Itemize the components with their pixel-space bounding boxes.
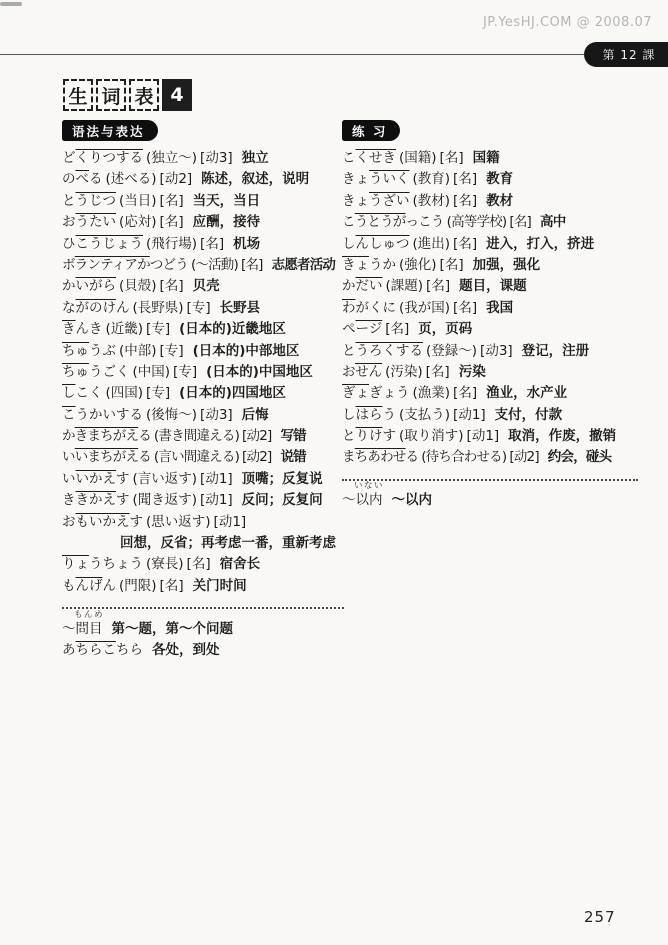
kana-reading: わがくに	[342, 300, 396, 316]
meaning: 题目，课题	[459, 278, 527, 294]
tilde-prefix: ～	[62, 621, 76, 637]
title-box: 生	[63, 79, 93, 111]
meaning-continuation: 回想，反省；再考虑一番，重新考虑	[62, 533, 350, 554]
meaning: (日本的)中部地区	[193, 343, 300, 359]
kanji-form: (聞き返す)	[133, 492, 198, 508]
vocab-entry: ～いない以内～以内	[342, 490, 644, 511]
kanji-form: (我が国)	[399, 300, 450, 316]
vocab-entry: ながのけん(長野県)[专]长野县	[62, 298, 350, 319]
kana-reading: かきまちがえる	[62, 428, 151, 444]
page-title: 生词表4	[63, 79, 192, 111]
vocab-entry: こうとうがっこう(高等学校)[名]高中	[342, 212, 644, 233]
base-kanji: 以内	[356, 492, 383, 508]
vocab-entry: もんげん(門限)[名]关门时间	[62, 576, 350, 597]
dotted-divider	[62, 597, 350, 618]
kanji-form: (貝殻)	[119, 278, 157, 294]
kana-reading: しんしゅつ	[342, 236, 410, 252]
kanji-form: (書き間違える)	[154, 428, 239, 444]
meaning: 宿舍长	[220, 556, 261, 572]
title-box: 表	[129, 79, 159, 111]
kana-reading: きょうか	[342, 257, 396, 273]
meaning: (日本的)中国地区	[206, 364, 313, 380]
kana-reading: きょうざい	[342, 193, 410, 209]
pos-tag: [专]	[173, 364, 197, 380]
vocab-entry: こくせき(国籍)[名]国籍	[342, 148, 644, 169]
meaning: 长野县	[220, 300, 261, 316]
vocab-entry: りょうちょう(寮長)[名]宿舍长	[62, 554, 350, 575]
kana-reading: いいかえす	[62, 471, 130, 487]
kana-reading: ちゅうぶ	[62, 343, 116, 359]
vocab-entry: ボランティアかつどう(～活動)[名]志愿者活动	[62, 255, 350, 276]
meaning: 当天，当日	[193, 193, 261, 209]
meaning: 志愿者活动	[272, 257, 336, 273]
vocab-entry: しこく(四国)[专](日本的)四国地区	[62, 383, 350, 404]
dotted-divider	[342, 469, 644, 490]
dotted-line	[62, 607, 344, 609]
pos-tag: [动2]	[160, 171, 193, 187]
vocab-entry: どくりつする(独立～)[动3]独立	[62, 148, 350, 169]
meaning: 关门时间	[193, 578, 247, 594]
pos-tag: [名]	[241, 257, 263, 273]
furigana: もんめ	[74, 611, 104, 619]
kana-reading: まちあわせる	[342, 449, 418, 465]
vocab-entry: こうかいする(後悔～)[动3]后悔	[62, 405, 350, 426]
pos-tag: [动2]	[509, 449, 538, 465]
pos-tag: [名]	[426, 364, 450, 380]
pos-tag: [动3]	[200, 407, 233, 423]
kana-reading: ながのけん	[62, 300, 130, 316]
kanji-form: (支払う)	[399, 407, 450, 423]
vocab-entry: ページ[名]页，页码	[342, 319, 644, 340]
pos-tag: [名]	[187, 556, 211, 572]
kanji-form: (強化)	[399, 257, 437, 273]
kanji-form: (進出)	[413, 236, 451, 252]
vocab-entry: ちゅうごく(中国)[专](日本的)中国地区	[62, 362, 350, 383]
pos-tag: [名]	[453, 193, 477, 209]
meaning: 高中	[540, 214, 565, 230]
kana-reading: のべる	[62, 171, 103, 187]
kana-reading: どくりつする	[62, 150, 143, 166]
pos-tag: [名]	[160, 578, 184, 594]
kana-reading: こうかいする	[62, 407, 143, 423]
pos-tag: [名]	[160, 278, 184, 294]
base-kanji: 問目	[76, 621, 103, 637]
section-header-grammar: 语法与表达	[62, 120, 158, 141]
vocab-entry: ぎょぎょう(漁業)[名]渔业，水产业	[342, 383, 644, 404]
vocab-entry: とうじつ(当日)[名]当天，当日	[62, 191, 350, 212]
kana-reading: ぎょぎょう	[342, 385, 410, 401]
kana-reading: ちゅうごく	[62, 364, 130, 380]
meaning: 说错	[280, 449, 305, 465]
vocab-entry: いいまちがえる(言い間違える)[动2]说错	[62, 447, 350, 468]
kanji-form: (待ち合わせる)	[421, 449, 506, 465]
meaning: 进入，打入，挤进	[486, 236, 594, 252]
kana-reading: おうたい	[62, 214, 116, 230]
kanji-form: (独立～)	[146, 150, 197, 166]
kana-reading: きょういく	[342, 171, 410, 187]
pos-tag: [名]	[453, 171, 477, 187]
vocab-entry: おせん(汚染)[名]污染	[342, 362, 644, 383]
kanji-form: (言い返す)	[133, 471, 198, 487]
kanji-form: (汚染)	[385, 364, 423, 380]
vocab-entry: しはらう(支払う)[动1]支付，付款	[342, 405, 644, 426]
meaning: 页，页码	[418, 321, 472, 337]
pos-tag: [名]	[453, 385, 477, 401]
kanji-form: (漁業)	[413, 385, 451, 401]
kanji-form: (教育)	[413, 171, 451, 187]
pos-tag: [名]	[200, 236, 224, 252]
kana-reading: おもいかえす	[62, 514, 143, 530]
page-number: 257	[584, 908, 616, 926]
kana-reading: とうじつ	[62, 193, 116, 209]
kana-reading: ひこうじょう	[62, 236, 143, 252]
vocab-entry: まちあわせる(待ち合わせる)[动2]约会，碰头	[342, 447, 644, 468]
meaning: 各处，到处	[152, 642, 220, 658]
meaning: 取消，作废，撤销	[508, 428, 616, 444]
meaning: 贝壳	[193, 278, 220, 294]
meaning: 约会，碰头	[548, 449, 612, 465]
meaning: (日本的)近畿地区	[179, 321, 286, 337]
pos-tag: [动1]	[200, 471, 233, 487]
pos-tag: [动1]	[453, 407, 486, 423]
kana-reading: きんき	[62, 321, 103, 337]
kanji-form: (課題)	[386, 278, 424, 294]
meaning: 教材	[486, 193, 513, 209]
vocab-entry: きょうざい(教材)[名]教材	[342, 191, 644, 212]
pos-tag: [名]	[509, 214, 531, 230]
vocab-entry: おもいかえす(思い返す)[动1]	[62, 512, 350, 533]
tilde-prefix: ～	[342, 492, 356, 508]
kana-reading: ききかえす	[62, 492, 130, 508]
kana-reading: りょうちょう	[62, 556, 143, 572]
meaning: 国籍	[473, 150, 500, 166]
vocab-column-left: どくりつする(独立～)[动3]独立のべる(述べる)[动2]陈述，叙述，说明とうじ…	[62, 148, 350, 661]
kana-reading: かだい	[342, 278, 383, 294]
vocab-entry: とりけす(取り消す)[动1]取消，作废，撤销	[342, 426, 644, 447]
kanji-form: (登録～)	[426, 343, 477, 359]
kana-reading: しはらう	[342, 407, 396, 423]
kanji-form: (長野県)	[133, 300, 184, 316]
meaning: 回想，反省；再考虑一番，重新考虑	[120, 535, 336, 551]
kana-reading: いいまちがえる	[62, 449, 151, 465]
meaning: 渔业，水产业	[486, 385, 567, 401]
pos-tag: [名]	[440, 150, 464, 166]
vocab-entry: とうろくする(登録～)[动3]登记，注册	[342, 341, 644, 362]
pos-tag: [专]	[146, 385, 170, 401]
kanji-form: (飛行場)	[146, 236, 197, 252]
meaning: 顶嘴；反复说	[242, 471, 323, 487]
vocab-entry: かきまちがえる(書き間違える)[动2]写错	[62, 426, 350, 447]
meaning: 我国	[486, 300, 513, 316]
meaning: 污染	[459, 364, 486, 380]
meaning: 后悔	[242, 407, 269, 423]
vocab-entry: かだい(課題)[名]题目，课题	[342, 276, 644, 297]
kana-reading: こくせき	[342, 150, 396, 166]
pos-tag: [名]	[385, 321, 409, 337]
kanji-form: (近畿)	[106, 321, 144, 337]
furigana: いない	[354, 482, 384, 490]
kana-reading: もんげん	[62, 578, 116, 594]
pos-tag: [名]	[453, 236, 477, 252]
kanji-form: (応対)	[119, 214, 157, 230]
pos-tag: [专]	[146, 321, 170, 337]
pos-tag: [专]	[187, 300, 211, 316]
meaning: 应酬，接待	[193, 214, 261, 230]
ruby-base: いない以内	[356, 490, 383, 511]
vocab-entry: きんき(近畿)[专](日本的)近畿地区	[62, 319, 350, 340]
vocab-entry: ききかえす(聞き返す)[动1]反问；反复问	[62, 490, 350, 511]
pos-tag: [名]	[453, 300, 477, 316]
meaning: ～以内	[392, 492, 433, 508]
kanji-form: (後悔～)	[146, 407, 197, 423]
vocab-entry: のべる(述べる)[动2]陈述，叙述，说明	[62, 169, 350, 190]
pos-tag: [动2]	[242, 428, 271, 444]
vocab-entry: しんしゅつ(進出)[名]进入，打入，挤进	[342, 234, 644, 255]
meaning: 独立	[242, 150, 269, 166]
vocab-entry: あちらこちら各处，到处	[62, 640, 350, 661]
pos-tag: [名]	[160, 193, 184, 209]
kanji-form: (高等学校)	[447, 214, 507, 230]
pos-tag: [专]	[160, 343, 184, 359]
kanji-form: (思い返す)	[146, 514, 211, 530]
kana-reading: とうろくする	[342, 343, 423, 359]
scan-artifact	[0, 2, 22, 6]
dotted-line	[342, 479, 638, 481]
meaning: 登记，注册	[522, 343, 590, 359]
kanji-form: (四国)	[106, 385, 144, 401]
pos-tag: [动2]	[242, 449, 271, 465]
meaning: 反问；反复问	[242, 492, 323, 508]
vocab-entry: いいかえす(言い返す)[动1]顶嘴；反复说	[62, 469, 350, 490]
kana-reading: こうとうがっこう	[342, 214, 444, 230]
vocab-entry: おうたい(応対)[名]应酬，接待	[62, 212, 350, 233]
lesson-tab: 第 12 課	[584, 42, 668, 67]
pos-tag: [名]	[426, 278, 450, 294]
meaning: (日本的)四国地区	[179, 385, 286, 401]
kana-reading: かいがら	[62, 278, 116, 294]
kanji-form: (寮長)	[146, 556, 184, 572]
meaning: 教育	[486, 171, 513, 187]
pos-tag: [动3]	[480, 343, 513, 359]
meaning: 支付，付款	[495, 407, 563, 423]
vocab-entry: きょうか(強化)[名]加强，强化	[342, 255, 644, 276]
pos-tag: [名]	[160, 214, 184, 230]
watermark-text: JP.YesHJ.COM @ 2008.07	[483, 15, 652, 30]
header-rule	[0, 54, 604, 55]
vocab-entry: かいがら(貝殻)[名]贝壳	[62, 276, 350, 297]
kanji-form: (～活動)	[191, 257, 238, 273]
ruby-base: もんめ問目	[76, 619, 103, 640]
pos-tag: [动1]	[200, 492, 233, 508]
vocab-entry: ひこうじょう(飛行場)[名]机场	[62, 234, 350, 255]
kanji-form: (中部)	[119, 343, 157, 359]
pos-tag: [名]	[440, 257, 464, 273]
vocab-entry: わがくに(我が国)[名]我国	[342, 298, 644, 319]
kana-reading: ページ	[342, 321, 382, 337]
kana-reading: ボランティアかつどう	[62, 257, 188, 273]
meaning: 第～题，第～个问题	[112, 621, 234, 637]
kana-reading: とりけす	[342, 428, 396, 444]
kana-reading: あちらこちら	[62, 642, 143, 658]
kana-reading: しこく	[62, 385, 103, 401]
kanji-form: (当日)	[119, 193, 157, 209]
vocab-column-right: こくせき(国籍)[名]国籍きょういく(教育)[名]教育きょうざい(教材)[名]教…	[342, 148, 644, 512]
kanji-form: (門限)	[119, 578, 157, 594]
kanji-form: (述べる)	[106, 171, 157, 187]
pos-tag: [动1]	[214, 514, 247, 530]
kanji-form: (取り消す)	[399, 428, 464, 444]
kana-reading: おせん	[342, 364, 382, 380]
title-box: 词	[96, 79, 126, 111]
section-header-practice: 练 习	[342, 120, 400, 141]
vocab-entry: きょういく(教育)[名]教育	[342, 169, 644, 190]
meaning: 机场	[233, 236, 260, 252]
kanji-form: (教材)	[413, 193, 451, 209]
kanji-form: (言い間違える)	[154, 449, 239, 465]
meaning: 陈述，叙述，说明	[201, 171, 309, 187]
pos-tag: [动1]	[467, 428, 500, 444]
pos-tag: [动3]	[200, 150, 233, 166]
meaning: 写错	[280, 428, 305, 444]
title-box: 4	[162, 79, 192, 111]
kanji-form: (国籍)	[399, 150, 437, 166]
kanji-form: (中国)	[133, 364, 171, 380]
vocab-entry: ～もんめ問目第～题，第～个问题	[62, 619, 350, 640]
vocab-entry: ちゅうぶ(中部)[专](日本的)中部地区	[62, 341, 350, 362]
meaning: 加强，强化	[473, 257, 541, 273]
